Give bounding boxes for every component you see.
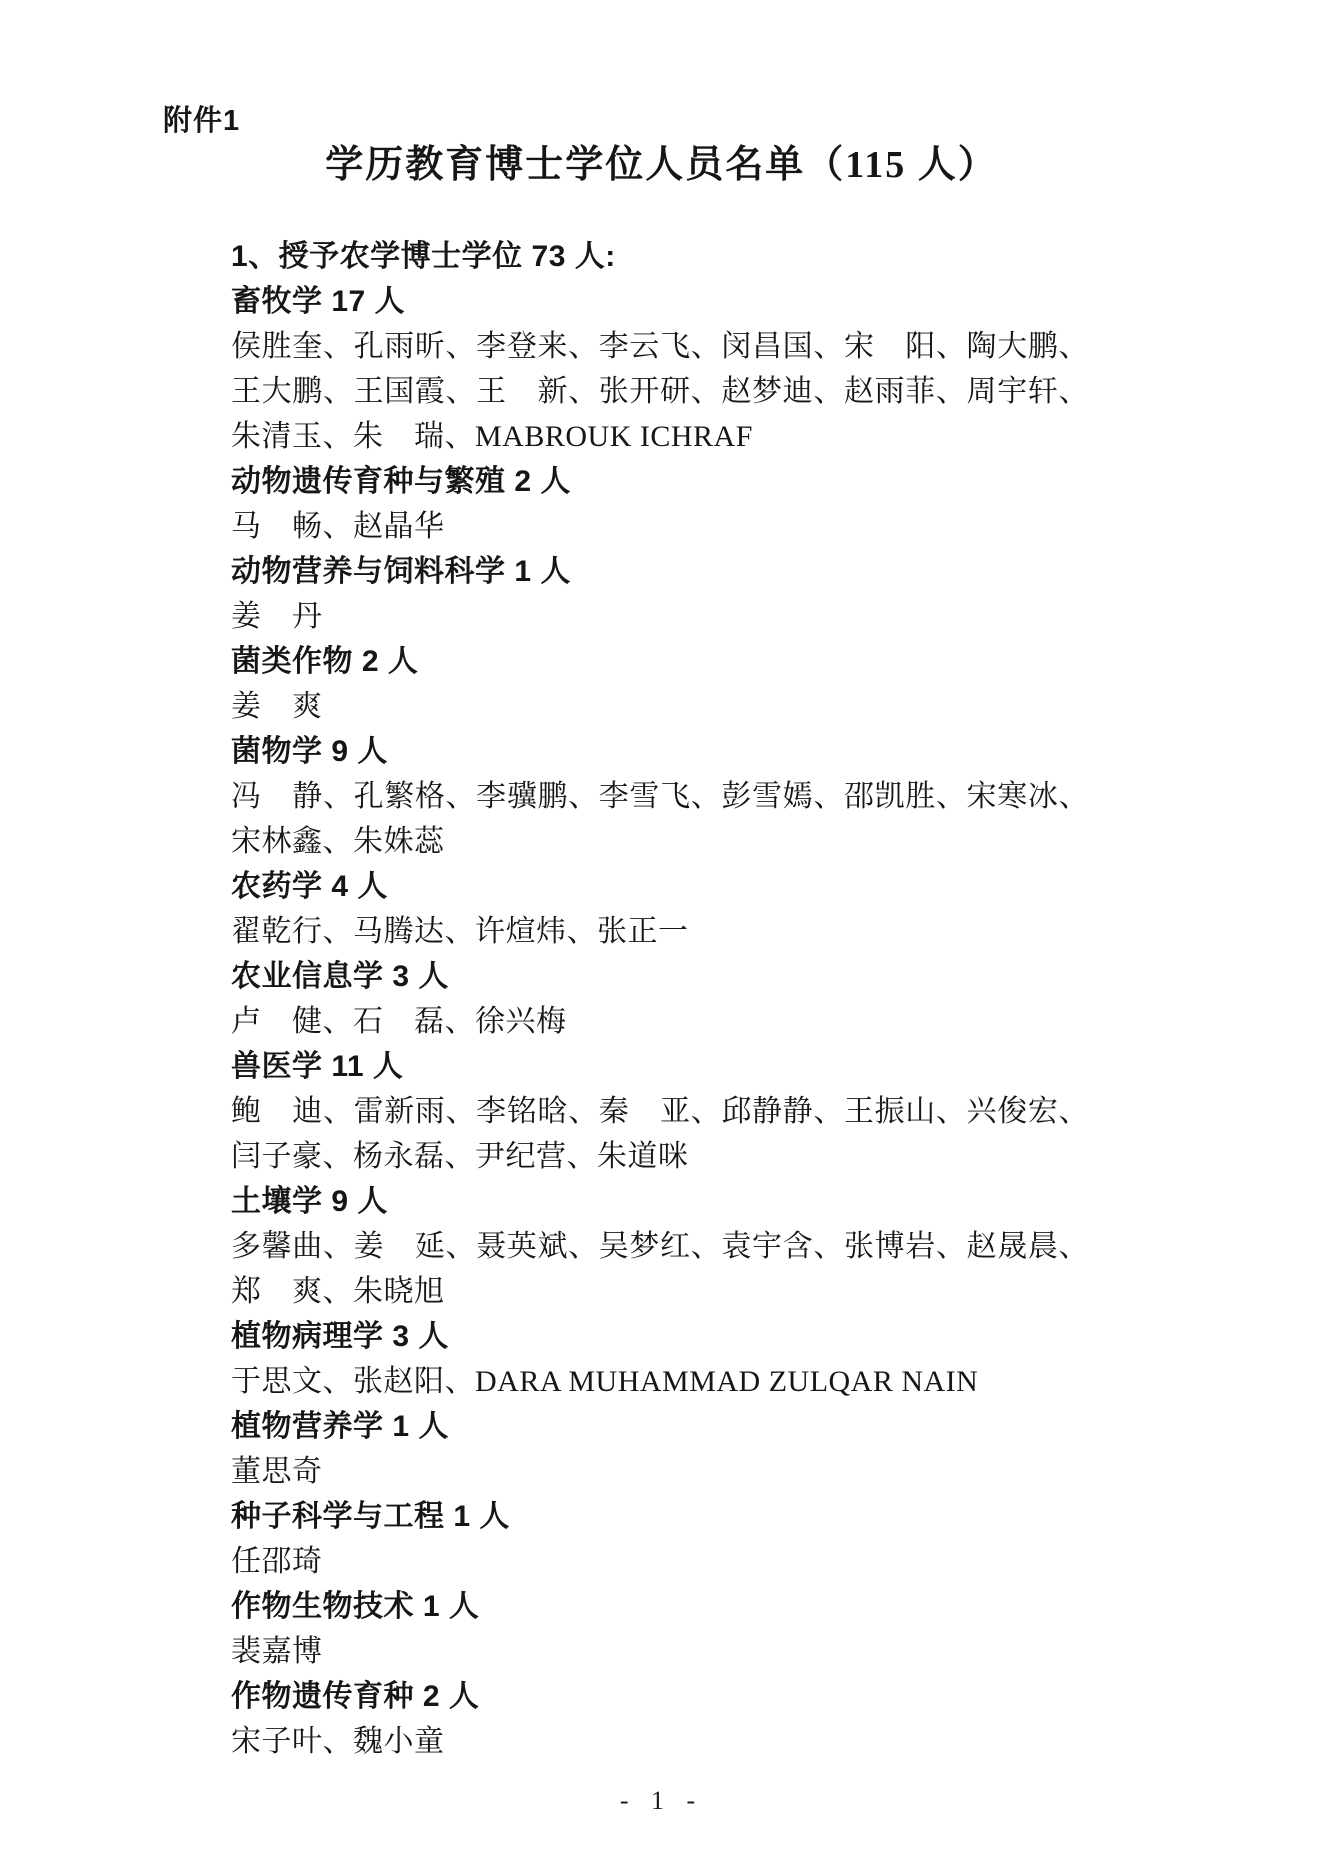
- category-names: 翟乾行、马腾达、许煊炜、张正一: [231, 909, 1089, 954]
- category-names: 姜 爽: [231, 684, 1089, 729]
- section-heading-agronomy: 1、授予农学博士学位 73 人:: [231, 234, 1089, 279]
- category-names: 马 畅、赵晶华: [231, 504, 1089, 549]
- category-names: 姜 丹: [231, 594, 1089, 639]
- category-heading: 菌物学 9 人: [231, 729, 1089, 774]
- category-heading: 农业信息学 3 人: [231, 954, 1089, 999]
- category-heading: 农药学 4 人: [231, 864, 1089, 909]
- attachment-label: 附件1: [163, 104, 240, 138]
- category-heading: 动物遗传育种与繁殖 2 人: [231, 459, 1089, 504]
- category-heading: 动物营养与饲料科学 1 人: [231, 549, 1089, 594]
- category-heading: 兽医学 11 人: [231, 1044, 1089, 1089]
- category-names: 鲍 迪、雷新雨、李铭晗、秦 亚、邱静静、王振山、兴俊宏、闫子豪、杨永磊、尹纪营、…: [231, 1089, 1089, 1179]
- page-number: - 1 -: [0, 1786, 1323, 1816]
- category-names: 冯 静、孔繁格、李骥鹏、李雪飞、彭雪嫣、邵凯胜、宋寒冰、宋林鑫、朱姝蕊: [231, 774, 1089, 864]
- category-names: 多馨曲、姜 延、聂英斌、吴梦红、袁宇含、张博岩、赵晟晨、郑 爽、朱晓旭: [231, 1224, 1089, 1314]
- category-names: 卢 健、石 磊、徐兴梅: [231, 999, 1089, 1044]
- category-heading: 菌类作物 2 人: [231, 639, 1089, 684]
- category-names: 侯胜奎、孔雨昕、李登来、李云飞、闵昌国、宋 阳、陶大鹏、王大鹏、王国霞、王 新、…: [231, 324, 1089, 459]
- category-heading: 作物遗传育种 2 人: [231, 1674, 1089, 1719]
- category-names: 裴嘉博: [231, 1629, 1089, 1674]
- document-body: 1、授予农学博士学位 73 人: 畜牧学 17 人 侯胜奎、孔雨昕、李登来、李云…: [231, 234, 1089, 1764]
- category-names: 董思奇: [231, 1449, 1089, 1494]
- category-names: 宋子叶、魏小童: [231, 1719, 1089, 1764]
- category-heading: 种子科学与工程 1 人: [231, 1494, 1089, 1539]
- category-names: 于思文、张赵阳、DARA MUHAMMAD ZULQAR NAIN: [231, 1359, 1089, 1404]
- category-heading: 畜牧学 17 人: [231, 279, 1089, 324]
- category-names: 任邵琦: [231, 1539, 1089, 1584]
- category-heading: 土壤学 9 人: [231, 1179, 1089, 1224]
- category-heading: 植物营养学 1 人: [231, 1404, 1089, 1449]
- page-title: 学历教育博士学位人员名单（115 人）: [0, 140, 1323, 190]
- category-list: 畜牧学 17 人 侯胜奎、孔雨昕、李登来、李云飞、闵昌国、宋 阳、陶大鹏、王大鹏…: [231, 279, 1089, 1764]
- document-page: 附件1 学历教育博士学位人员名单（115 人） 1、授予农学博士学位 73 人:…: [0, 0, 1323, 1871]
- category-heading: 植物病理学 3 人: [231, 1314, 1089, 1359]
- category-heading: 作物生物技术 1 人: [231, 1584, 1089, 1629]
